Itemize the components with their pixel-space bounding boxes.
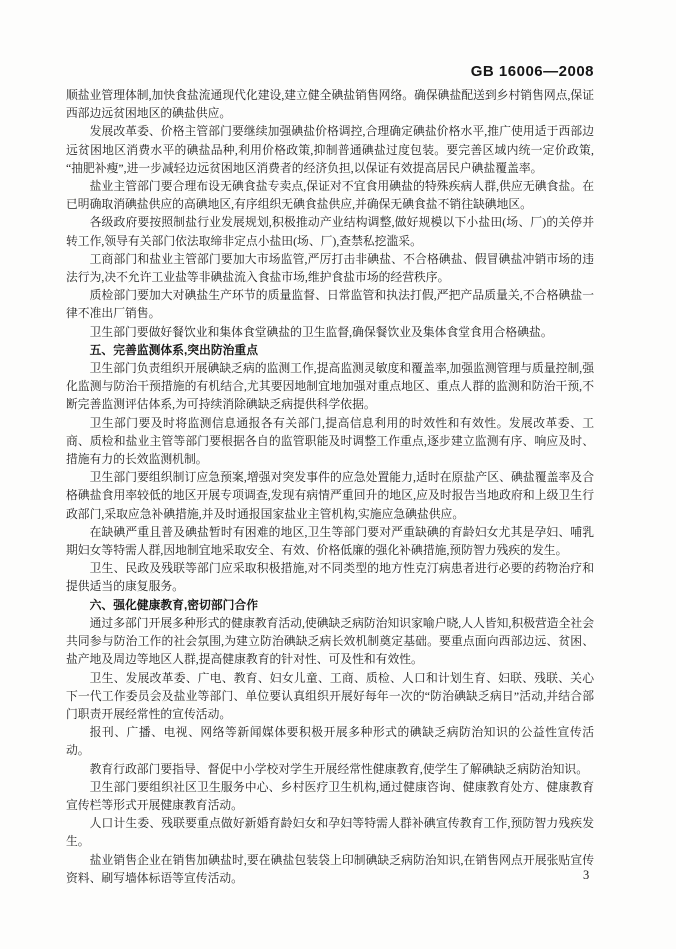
paragraph: 卫生部门要组织制订应急预案,增强对突发事件的应急处置能力,适时在原盐产区、碘盐覆… — [66, 468, 594, 523]
document-body: 顺盐业管理体制,加快食盐流通现代化建设,建立健全碘盐销售网络。确保碘盐配送到乡村… — [66, 86, 594, 887]
standard-code-header: GB 16006—2008 — [471, 63, 594, 80]
paragraph: 教育行政部门要指导、督促中小学校对学生开展经常性健康教育,使学生了解碘缺乏病防治… — [66, 760, 594, 778]
paragraph: 顺盐业管理体制,加快食盐流通现代化建设,建立健全碘盐销售网络。确保碘盐配送到乡村… — [66, 86, 594, 122]
paragraph: 在缺碘严重且普及碘盐暂时有困难的地区,卫生等部门要对严重缺碘的育龄妇女尤其是孕妇… — [66, 523, 594, 559]
paragraph: 各级政府要按照制盐行业发展规划,积极推动产业结构调整,做好规模以下小盐田(场、厂… — [66, 213, 594, 249]
paragraph: 质检部门要加大对碘盐生产环节的质量监督、日常监管和执法打假,严把产品质量关,不合… — [66, 286, 594, 322]
page-number: 3 — [583, 868, 589, 883]
document-page: GB 16006—2008 顺盐业管理体制,加快食盐流通现代化建设,建立健全碘盐… — [0, 0, 676, 949]
paragraph: 发展改革委、价格主管部门要继续加强碘盐价格调控,合理确定碘盐价格水平,推广使用适… — [66, 122, 594, 177]
paragraph: 盐业主管部门要合理布设无碘食盐专卖点,保证对不宜食用碘盐的特殊疾病人群,供应无碘… — [66, 177, 594, 213]
paragraph: 通过多部门开展多种形式的健康教育活动,使碘缺乏病防治知识家喻户晓,人人皆知,积极… — [66, 614, 594, 669]
paragraph: 卫生、发展改革委、广电、教育、妇女儿童、工商、质检、人口和计划生育、妇联、残联、… — [66, 669, 594, 724]
section-heading: 六、强化健康教育,密切部门合作 — [66, 596, 594, 614]
paragraph: 卫生部门要及时将监测信息通报各有关部门,提高信息利用的时效性和有效性。发展改革委… — [66, 414, 594, 469]
paragraph: 人口计生委、残联要重点做好新婚育龄妇女和孕妇等特需人群补碘宣传教育工作,预防智力… — [66, 814, 594, 850]
paragraph: 卫生、民政及残联等部门应采取积极措施,对不同类型的地方性克汀病患者进行必要的药物… — [66, 559, 594, 595]
paragraph: 盐业销售企业在销售加碘盐时,要在碘盐包装袋上印制碘缺乏病防治知识,在销售网点开展… — [66, 851, 594, 887]
paragraph: 卫生部门要做好餐饮业和集体食堂碘盐的卫生监督,确保餐饮业及集体食堂食用合格碘盐。 — [66, 323, 594, 341]
paragraph: 报刊、广播、电视、网络等新闻媒体要积极开展多种形式的碘缺乏病防治知识的公益性宣传… — [66, 723, 594, 759]
section-heading: 五、完善监测体系,突出防治重点 — [66, 341, 594, 359]
paragraph: 卫生部门负责组织开展碘缺乏病的监测工作,提高监测灵敏度和覆盖率,加强监测管理与质… — [66, 359, 594, 414]
paragraph: 工商部门和盐业主管部门要加大市场监管,严厉打击非碘盐、不合格碘盐、假冒碘盐冲销市… — [66, 250, 594, 286]
paragraph: 卫生部门要组织社区卫生服务中心、乡村医疗卫生机构,通过健康咨询、健康教育处方、健… — [66, 778, 594, 814]
